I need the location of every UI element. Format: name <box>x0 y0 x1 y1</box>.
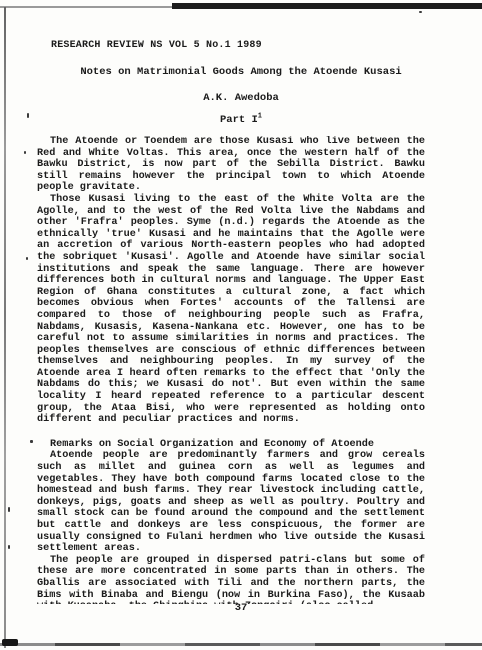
scan-border-top-right <box>172 3 482 9</box>
author-name: A.K. Awedoba <box>0 92 482 104</box>
scan-speckle <box>419 11 422 13</box>
scan-speckle <box>26 257 28 260</box>
article-title: Notes on Matrimonial Goods Among the Ato… <box>0 66 482 78</box>
scan-border-bottom <box>0 643 482 646</box>
scan-border-top-left <box>0 6 178 8</box>
page-number: 37 <box>0 602 482 614</box>
scan-speckle <box>8 507 10 512</box>
scan-speckle <box>24 151 26 154</box>
part-label: Part I <box>220 114 258 126</box>
scan-speckle <box>8 545 10 549</box>
body-text-column: The Atoende or Toendem are those Kusasi … <box>37 136 425 604</box>
body-paragraph: Those Kusasi living to the east of the W… <box>37 194 425 426</box>
scan-speckle <box>30 440 33 443</box>
journal-header: RESEARCH REVIEW NS VOL 5 No.1 1989 <box>51 40 262 51</box>
body-paragraph: The Atoende or Toendem are those Kusasi … <box>37 136 425 194</box>
ink-blot <box>2 639 18 646</box>
part-heading: Part I1 <box>0 114 482 126</box>
section-heading: Remarks on Social Organization and Econo… <box>37 426 425 451</box>
body-paragraph: The people are grouped in dispersed patr… <box>37 555 425 604</box>
footnote-reference: 1 <box>258 113 262 121</box>
body-paragraph: Atoende people are predominantly farmers… <box>37 450 425 554</box>
scanned-document-page: RESEARCH REVIEW NS VOL 5 No.1 1989 Notes… <box>0 0 482 650</box>
